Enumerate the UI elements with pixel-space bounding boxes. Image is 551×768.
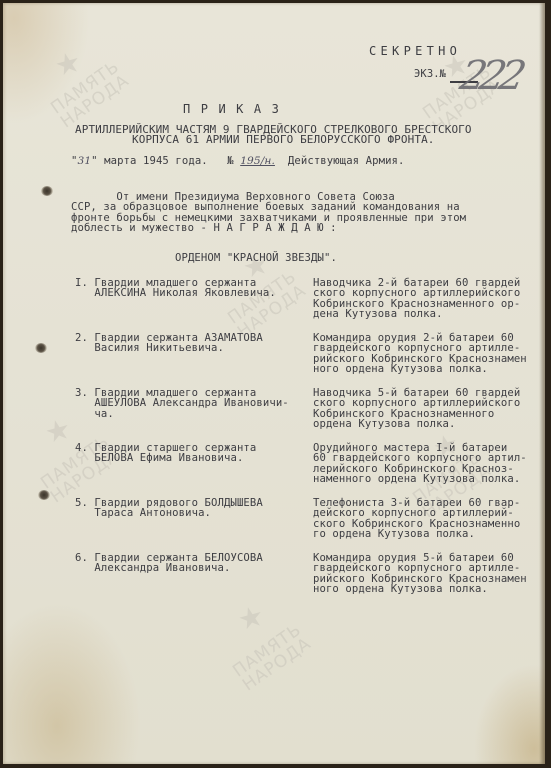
order-title: ПРИКАЗ: [183, 104, 289, 114]
awardee-3-position: Наводчика 5-й батареи 60 гвардейского ко…: [313, 388, 520, 430]
copy-number-label: ЭКЗ.№: [414, 69, 446, 79]
copy-number-handwritten: 222: [456, 53, 524, 99]
page-edge-shadow: [539, 3, 545, 764]
watermark-star-icon: ★: [233, 593, 267, 638]
punch-hole-icon: [41, 186, 53, 196]
order-number-handwritten: 195/н.: [240, 155, 275, 167]
awardee-2-position: Командира орудия 2-й батареи 60гвардейск…: [313, 333, 527, 375]
award-name: ОРДЕНОМ "КРАСНОЙ ЗВЕЗДЫ".: [175, 253, 337, 263]
awardee-4-name: 4. Гвардии старшего сержанта БЕЛОВА Ефим…: [75, 443, 256, 464]
order-subtitle-line-2: КОРПУСА 61 АРМИИ ПЕРВОГО БЕЛОРУССКОГО ФР…: [132, 135, 435, 145]
awardee-3-name: 3. Гвардии младшего сержанта АШЕУЛОВА Ал…: [75, 388, 289, 419]
awardee-1-name: I. Гвардии младшего сержанта АЛЕКСИНА Ни…: [75, 278, 276, 299]
punch-hole-icon: [38, 490, 50, 500]
watermark: ПАМЯТЬ НАРОДА: [230, 621, 314, 694]
awardee-4-position: Орудийного мастера I-й батареи60 гвардей…: [313, 443, 527, 485]
punch-hole-icon: [35, 343, 47, 353]
awardee-5-position: Телефониста 3-й батареи 60 гвар-дейского…: [313, 498, 520, 540]
awardee-6-name: 6. Гвардии сержанта БЕЛОУСОВА Александра…: [75, 553, 263, 574]
watermark-star-icon: ★: [50, 39, 84, 84]
awardee-2-name: 2. Гвардии сержанта АЗАМАТОВА Василия Ни…: [75, 333, 263, 354]
order-location: Действующая Армия.: [288, 155, 405, 167]
preamble: От имени Президиума Верховного Совета Со…: [71, 192, 466, 234]
order-number-label: №: [227, 155, 233, 167]
order-date-line: "31" марта 1945 года. № 195/н. Действующ…: [71, 156, 405, 166]
awardee-5-name: 5. Гвардии рядового БОЛДЫШЕВА Тараса Ант…: [75, 498, 263, 519]
order-day-handwritten: 31: [77, 155, 91, 167]
watermark-star-icon: ★: [40, 406, 74, 451]
watermark: ПАМЯТЬ НАРОДА: [48, 58, 132, 131]
awardee-1-position: Наводчика 2-й батареи 60 гвардейского ко…: [313, 278, 520, 320]
classification-label: СЕКРЕТНО: [369, 46, 461, 56]
document-page: ★ ПАМЯТЬ НАРОДА ★ ПАМЯТЬ НАРОДА ★ ПАМЯТЬ…: [3, 3, 545, 764]
awardee-6-position: Командира орудия 5-й батареи 60гвардейск…: [313, 553, 527, 595]
order-date: " марта 1945 года.: [91, 155, 208, 167]
